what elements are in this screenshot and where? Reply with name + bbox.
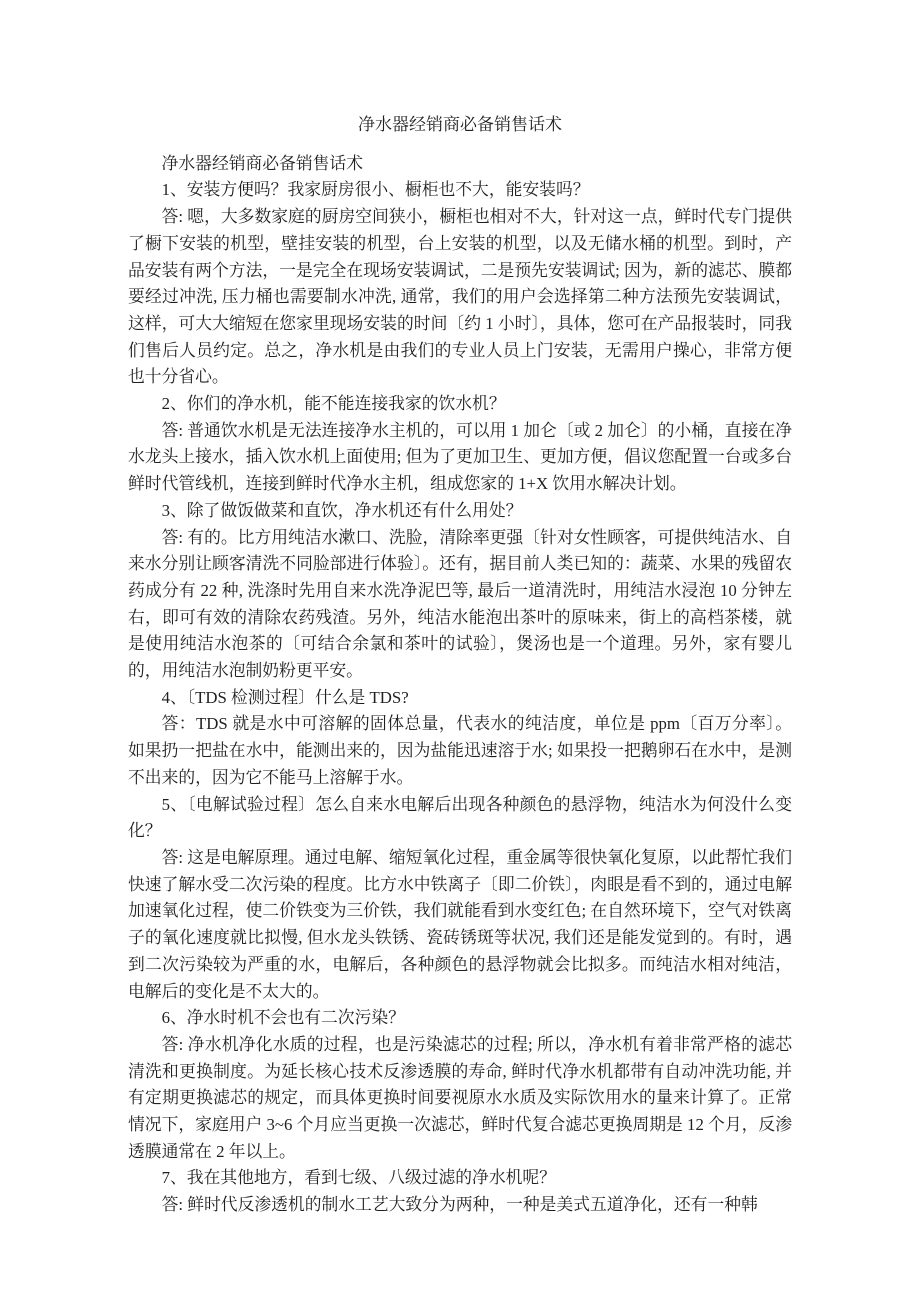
paragraph-answer-4: 答：TDS 就是水中可溶解的固体总量，代表水的纯洁度，单位是 ppm〔百万分率〕… — [128, 711, 792, 791]
paragraph-question-7: 7、我在其他地方，看到七级、八级过滤的净水机呢？ — [128, 1165, 792, 1192]
paragraph-answer-3: 答: 有的。比方用纯洁水漱口、洗脸，清除率更强〔针对女性顾客，可提供纯洁水、自来… — [128, 525, 792, 685]
paragraph-heading: 净水器经销商必备销售话术 — [128, 151, 792, 178]
paragraph-answer-5: 答: 这是电解原理。通过电解、缩短氧化过程，重金属等很快氧化复原，以此帮忙我们快… — [128, 845, 792, 1005]
paragraph-question-4: 4、〔TDS 检测过程〕什么是 TDS? — [128, 685, 792, 712]
paragraph-question-3: 3、除了做饭做菜和直饮，净水机还有什么用处？ — [128, 498, 792, 525]
paragraph-question-6: 6、净水时机不会也有二次污染？ — [128, 1005, 792, 1032]
paragraph-question-2: 2、你们的净水机，能不能连接我家的饮水机？ — [128, 391, 792, 418]
paragraph-answer-6: 答: 净水机净化水质的过程，也是污染滤芯的过程; 所以，净水机有着非常严格的滤芯… — [128, 1032, 792, 1166]
paragraph-question-1: 1、安装方便吗？我家厨房很小、橱柜也不大，能安装吗？ — [128, 177, 792, 204]
document-title: 净水器经销商必备销售话术 — [128, 112, 792, 139]
paragraph-answer-2: 答: 普通饮水机是无法连接净水主机的，可以用 1 加仑〔或 2 加仑〕的小桶，直… — [128, 418, 792, 498]
document-body: 净水器经销商必备销售话术 净水器经销商必备销售话术 1、安装方便吗？我家厨房很小… — [128, 112, 792, 1219]
paragraph-question-5: 5、〔电解试验过程〕怎么自来水电解后出现各种颜色的悬浮物，纯洁水为何没什么变化？ — [128, 792, 792, 845]
document-page: 净水器经销商必备销售话术 净水器经销商必备销售话术 1、安装方便吗？我家厨房很小… — [0, 0, 920, 1302]
paragraph-answer-1: 答: 嗯，大多数家庭的厨房空间狭小，橱柜也相对不大，针对这一点，鲜时代专门提供了… — [128, 204, 792, 391]
paragraph-answer-7: 答: 鲜时代反渗透机的制水工艺大致分为两种，一种是美式五道净化，还有一种韩 — [128, 1192, 792, 1219]
